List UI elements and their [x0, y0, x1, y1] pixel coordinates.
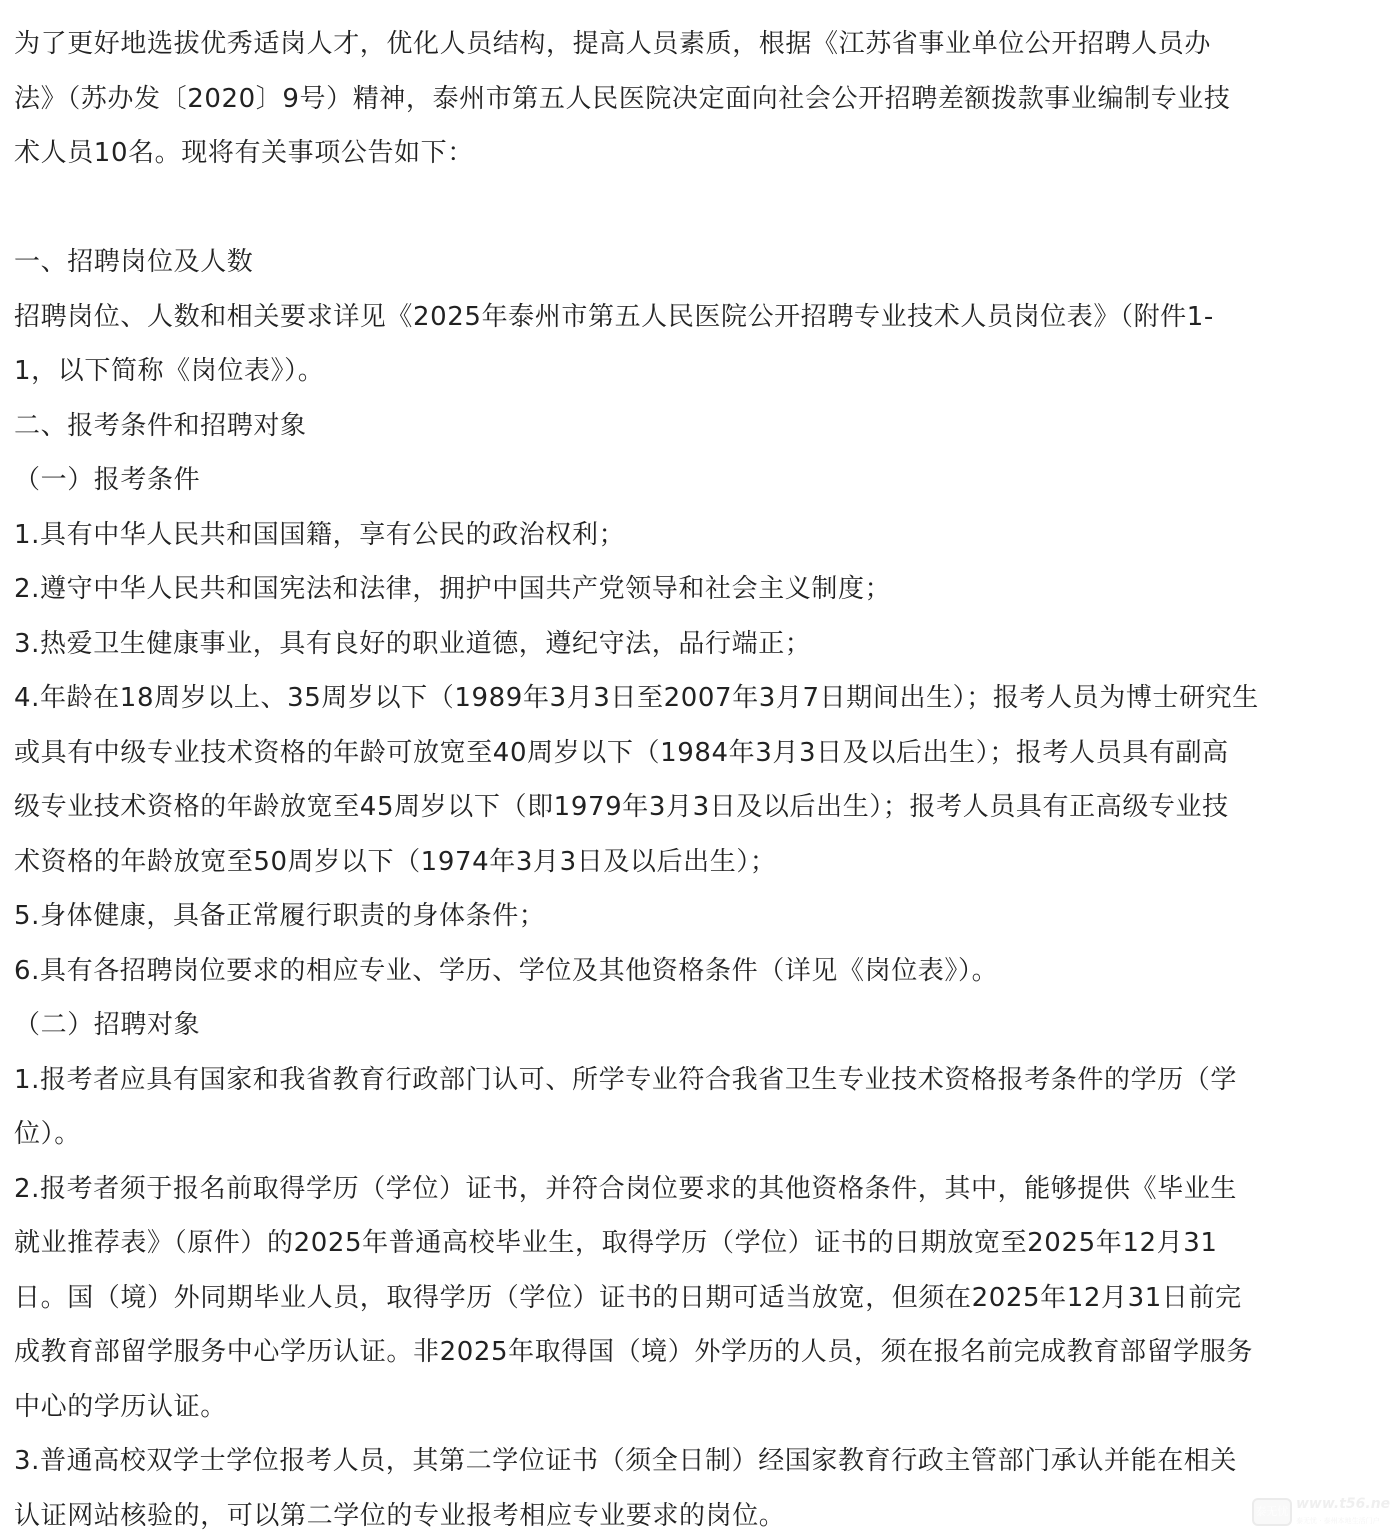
- text-line: 术资格的年龄放宽至50周岁以下（1974年3月3日及以后出生）；: [14, 835, 1374, 890]
- text-line: 为了更好地选拔优秀适岗人才，优化人员结构，提高人员素质，根据《江苏省事业单位公开…: [14, 17, 1374, 72]
- text-line: 6.具有各招聘岗位要求的相应专业、学历、学位及其他资格条件（详见《岗位表》）。: [14, 944, 1374, 999]
- text-line: 或具有中级专业技术资格的年龄可放宽至40周岁以下（1984年3月3日及以后出生）…: [14, 726, 1374, 781]
- text-line: 2.报考者须于报名前取得学历（学位）证书，并符合岗位要求的其他资格条件，其中，能…: [14, 1162, 1374, 1217]
- text-line: 1，以下简称《岗位表》）。: [14, 344, 1374, 399]
- section-heading: 一、招聘岗位及人数: [14, 235, 1374, 290]
- section-conditions: 二、报考条件和招聘对象 （一）报考条件 1.具有中华人民共和国国籍，享有公民的政…: [14, 399, 1374, 1536]
- text-line: 认证网站核验的，可以第二学位的专业报考相应专业要求的岗位。: [14, 1489, 1374, 1536]
- intro-paragraph: 为了更好地选拔优秀适岗人才，优化人员结构，提高人员素质，根据《江苏省事业单位公开…: [14, 17, 1374, 181]
- text-line: 2.遵守中华人民共和国宪法和法律，拥护中国共产党领导和社会主义制度；: [14, 562, 1374, 617]
- text-line: 术人员10名。现将有关事项公告如下：: [14, 126, 1374, 181]
- text-line: 级专业技术资格的年龄放宽至45周岁以下（即1979年3月3日及以后出生）；报考人…: [14, 780, 1374, 835]
- list-item: 1.报考者应具有国家和我省教育行政部门认可、所学专业符合我省卫生专业技术资格报考…: [14, 1053, 1374, 1162]
- watermark-logo-icon: 泰无忧: [1252, 1498, 1292, 1526]
- watermark-tagline: 泰无忧 · 泰州本地生活门户: [1296, 1516, 1380, 1526]
- text-line: 位）。: [14, 1107, 1374, 1162]
- subsection-requirements: （一）报考条件 1.具有中华人民共和国国籍，享有公民的政治权利； 2.遵守中华人…: [14, 453, 1374, 998]
- subsection-heading: （一）报考条件: [14, 453, 1374, 508]
- list-item: 1.具有中华人民共和国国籍，享有公民的政治权利；: [14, 508, 1374, 563]
- list-item: 5.身体健康，具备正常履行职责的身体条件；: [14, 889, 1374, 944]
- subsection-heading: （二）招聘对象: [14, 998, 1374, 1053]
- text-line: 1.报考者应具有国家和我省教育行政部门认可、所学专业符合我省卫生专业技术资格报考…: [14, 1053, 1374, 1108]
- text-line: 就业推荐表》（原件）的2025年普通高校毕业生，取得学历（学位）证书的日期放宽至…: [14, 1216, 1374, 1271]
- text-line: 招聘岗位、人数和相关要求详见《2025年泰州市第五人民医院公开招聘专业技术人员岗…: [14, 290, 1374, 345]
- section-positions: 一、招聘岗位及人数 招聘岗位、人数和相关要求详见《2025年泰州市第五人民医院公…: [14, 235, 1374, 399]
- watermark-url: www.t56.net: [1296, 1496, 1390, 1512]
- text-line: 日。国（境）外同期毕业人员，取得学历（学位）证书的日期可适当放宽，但须在2025…: [14, 1271, 1374, 1326]
- list-item: 4.年龄在18周岁以上、35周岁以下（1989年3月3日至2007年3月7日期间…: [14, 671, 1374, 889]
- text-line: 3.普通高校双学士学位报考人员，其第二学位证书（须全日制）经国家教育行政主管部门…: [14, 1434, 1374, 1489]
- text-line: 中心的学历认证。: [14, 1380, 1374, 1435]
- list-item: 6.具有各招聘岗位要求的相应专业、学历、学位及其他资格条件（详见《岗位表》）。: [14, 944, 1374, 999]
- subsection-targets: （二）招聘对象 1.报考者应具有国家和我省教育行政部门认可、所学专业符合我省卫生…: [14, 998, 1374, 1536]
- site-watermark: 泰无忧 www.t56.net 泰无忧 · 泰州本地生活门户: [1246, 1488, 1386, 1532]
- announcement-document: 为了更好地选拔优秀适岗人才，优化人员结构，提高人员素质，根据《江苏省事业单位公开…: [14, 17, 1374, 1536]
- blank-line: [14, 181, 1374, 236]
- text-line: 1.具有中华人民共和国国籍，享有公民的政治权利；: [14, 508, 1374, 563]
- list-item: 2.遵守中华人民共和国宪法和法律，拥护中国共产党领导和社会主义制度；: [14, 562, 1374, 617]
- text-line: 5.身体健康，具备正常履行职责的身体条件；: [14, 889, 1374, 944]
- text-line: 法》（苏办发〔2020〕9号）精神，泰州市第五人民医院决定面向社会公开招聘差额拨…: [14, 72, 1374, 127]
- list-item: 3.热爱卫生健康事业，具有良好的职业道德，遵纪守法，品行端正；: [14, 617, 1374, 672]
- text-line: 成教育部留学服务中心学历认证。非2025年取得国（境）外学历的人员，须在报名前完…: [14, 1325, 1374, 1380]
- list-item: 3.普通高校双学士学位报考人员，其第二学位证书（须全日制）经国家教育行政主管部门…: [14, 1434, 1374, 1536]
- text-line: 4.年龄在18周岁以上、35周岁以下（1989年3月3日至2007年3月7日期间…: [14, 671, 1374, 726]
- list-item: 2.报考者须于报名前取得学历（学位）证书，并符合岗位要求的其他资格条件，其中，能…: [14, 1162, 1374, 1435]
- text-line: 3.热爱卫生健康事业，具有良好的职业道德，遵纪守法，品行端正；: [14, 617, 1374, 672]
- section-heading: 二、报考条件和招聘对象: [14, 399, 1374, 454]
